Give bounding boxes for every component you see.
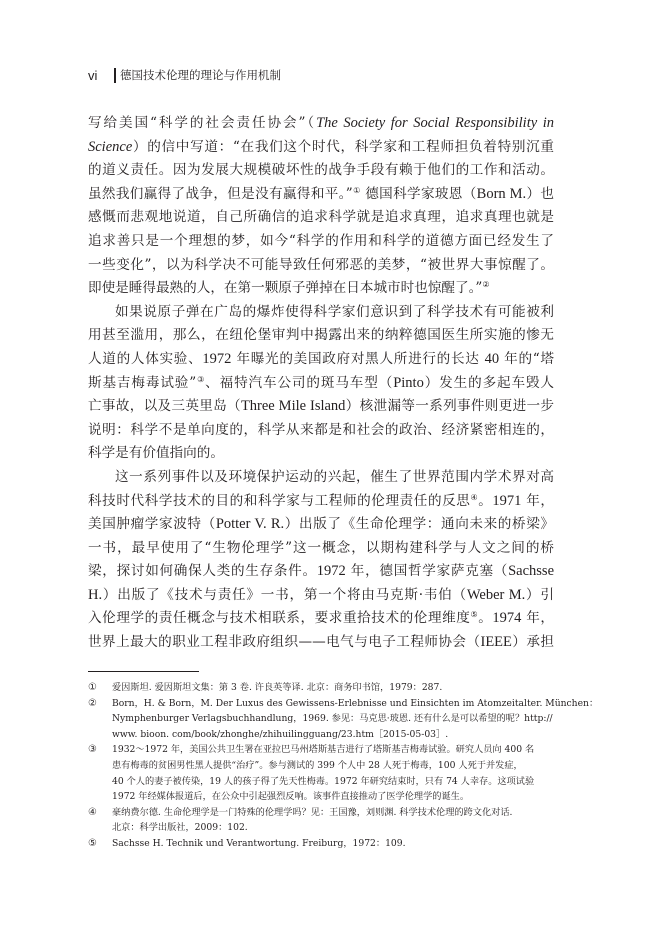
- text-line: 亡事故，以及三英里岛（Three Mile Island）核泄漏等一系列事件则更…: [88, 395, 554, 419]
- body-text: 写给美国“科学的社会责任协会”（The Society for Social R…: [88, 112, 554, 655]
- footnote-line: 1932～1972 年，美国公共卫生署在亚拉巴马州塔斯基吉进行了塔斯基吉梅毒试验…: [112, 742, 558, 758]
- footnote: ②Born，H. & Born，M. Der Luxus des Gewisse…: [88, 696, 558, 743]
- text-line: 的道义责任。因为发展大规模破坏性的战争手段有赖于他们的工作和活动。: [88, 159, 554, 183]
- running-title: 德国技术伦理的理论与作用机制: [120, 67, 281, 83]
- text-line: 一些变化”，以为科学决不可能导致任何邪恶的美梦，“被世界大事惊醒了。: [88, 254, 554, 278]
- footnote-line: Nymphenburger Verlagsbuchhandlung，1969. …: [112, 711, 598, 727]
- page-number: vi: [88, 68, 114, 83]
- text-line: 科技时代科学技术的目的和科学家与工程师的伦理责任的反思④。1971 年，: [88, 490, 554, 514]
- text-line: H.）出版了《技术与责任》一书，第一个将由马克斯·韦伯（Weber M.）引: [88, 584, 554, 608]
- footnote-line: Born，H. & Born，M. Der Luxus des Gewissen…: [112, 696, 598, 712]
- footnote-rule: [88, 671, 199, 672]
- text-line: 人道的人体实验、1972 年曝光的美国政府对黑人所进行的长达 40 年的“塔: [88, 348, 554, 372]
- text-line: 梁，探讨如何确保人类的生存条件。1972 年，德国哲学家萨克塞（Sachsse: [88, 560, 554, 584]
- text-line: 世界上最大的职业工程非政府组织——电气与电子工程师协会（IEEE）承担: [88, 631, 554, 655]
- text-line: Science）的信中写道：“在我们这个时代，科学家和工程师担负着特别沉重: [88, 136, 554, 160]
- footnote: ③1932～1972 年，美国公共卫生署在亚拉巴马州塔斯基吉进行了塔斯基吉梅毒试…: [88, 742, 558, 804]
- text-line: 科学是有价值指向的。: [88, 442, 554, 466]
- text-line: 斯基吉梅毒试验”③、福特汽车公司的斑马车型（Pinto）发生的多起车毁人: [88, 372, 554, 396]
- text-line: 一书，最早使用了“生物伦理学”这一概念，以期构建科学与人文之间的桥: [88, 537, 554, 561]
- footnote-number: ①: [88, 680, 112, 696]
- footnotes: ①爱因斯坦. 爱因斯坦文集：第 3 卷. 许良英等译. 北京：商务印书馆，197…: [88, 680, 558, 852]
- footnote-line: Sachsse H. Technik und Verantwortung. Fr…: [112, 836, 558, 852]
- text-line: 入伦理学的责任概念与技术相联系，要求重拾技术的伦理维度⑤。1974 年，: [88, 607, 554, 631]
- footnote: ④豪纳费尔德. 生命伦理学是一门特殊的伦理学吗？见：王国豫，刘则渊. 科学技术伦…: [88, 805, 558, 836]
- footnote-number: ④: [88, 805, 112, 836]
- text-line: 用甚至滥用，那么，在纽伦堡审判中揭露出来的纳粹德国医生所实施的惨无: [88, 324, 554, 348]
- footnote-number: ③: [88, 742, 112, 804]
- footnote-line: 豪纳费尔德. 生命伦理学是一门特殊的伦理学吗？见：王国豫，刘则渊. 科学技术伦理…: [112, 805, 558, 821]
- footnote-number: ⑤: [88, 836, 112, 852]
- footnote-line: 爱因斯坦. 爱因斯坦文集：第 3 卷. 许良英等译. 北京：商务印书馆，1979…: [112, 680, 558, 696]
- footnote-line: 患有梅毒的贫困男性黑人提供“治疗”。参与测试的 399 个人中 28 人死于梅毒…: [112, 758, 558, 774]
- footnote-ref: ③: [196, 375, 205, 384]
- text-line: 美国肿瘤学家波特（Potter V. R.）出版了《生命伦理学：通向未来的桥梁》: [88, 513, 554, 537]
- footnote-ref: ②: [482, 280, 489, 289]
- text-line: 这一系列事件以及环境保护运动的兴起，催生了世界范围内学术界对高: [88, 466, 554, 490]
- text-line: 即使是睡得最熟的人，在第一颗原子弹掉在日本城市时也惊醒了。”②: [88, 277, 554, 301]
- footnote-number: ②: [88, 696, 112, 743]
- footnote-line: 40 个人的妻子被传染，19 人的孩子得了先天性梅毒。1972 年研究结束时，只…: [112, 774, 558, 790]
- footnote-line: 北京：科学出版社，2009：102.: [112, 820, 558, 836]
- footnote-line: www. bioon. com/book/zhonghe/zhihuilingg…: [112, 727, 598, 743]
- text-line: 说明：科学不是单向度的，科学从来都是和社会的政治、经济紧密相连的，: [88, 419, 554, 443]
- text-line: 写给美国“科学的社会责任协会”（The Society for Social R…: [88, 112, 554, 136]
- footnote-ref: ①: [353, 186, 361, 195]
- text-line: 感慨而悲观地说道，自己所确信的追求科学就是追求真理，追求真理也就是: [88, 206, 554, 230]
- text-line: 虽然我们赢得了战争，但是没有赢得和平。”① 德国科学家玻恩（Born M.）也: [88, 183, 554, 207]
- footnote: ①爱因斯坦. 爱因斯坦文集：第 3 卷. 许良英等译. 北京：商务印书馆，197…: [88, 680, 558, 696]
- header-divider: [114, 68, 116, 83]
- running-header: vi 德国技术伦理的理论与作用机制: [88, 66, 281, 84]
- text-line: 如果说原子弹在广岛的爆炸使得科学家们意识到了科学技术有可能被利: [88, 301, 554, 325]
- text-line: 追求善只是一个理想的梦，如今“科学的作用和科学的道德方面已经发生了: [88, 230, 554, 254]
- footnote-line: 1972 年经媒体报道后，在公众中引起强烈反响。该事件直接推动了医学伦理学的诞生…: [112, 789, 558, 805]
- footnote: ⑤Sachsse H. Technik und Verantwortung. F…: [88, 836, 558, 852]
